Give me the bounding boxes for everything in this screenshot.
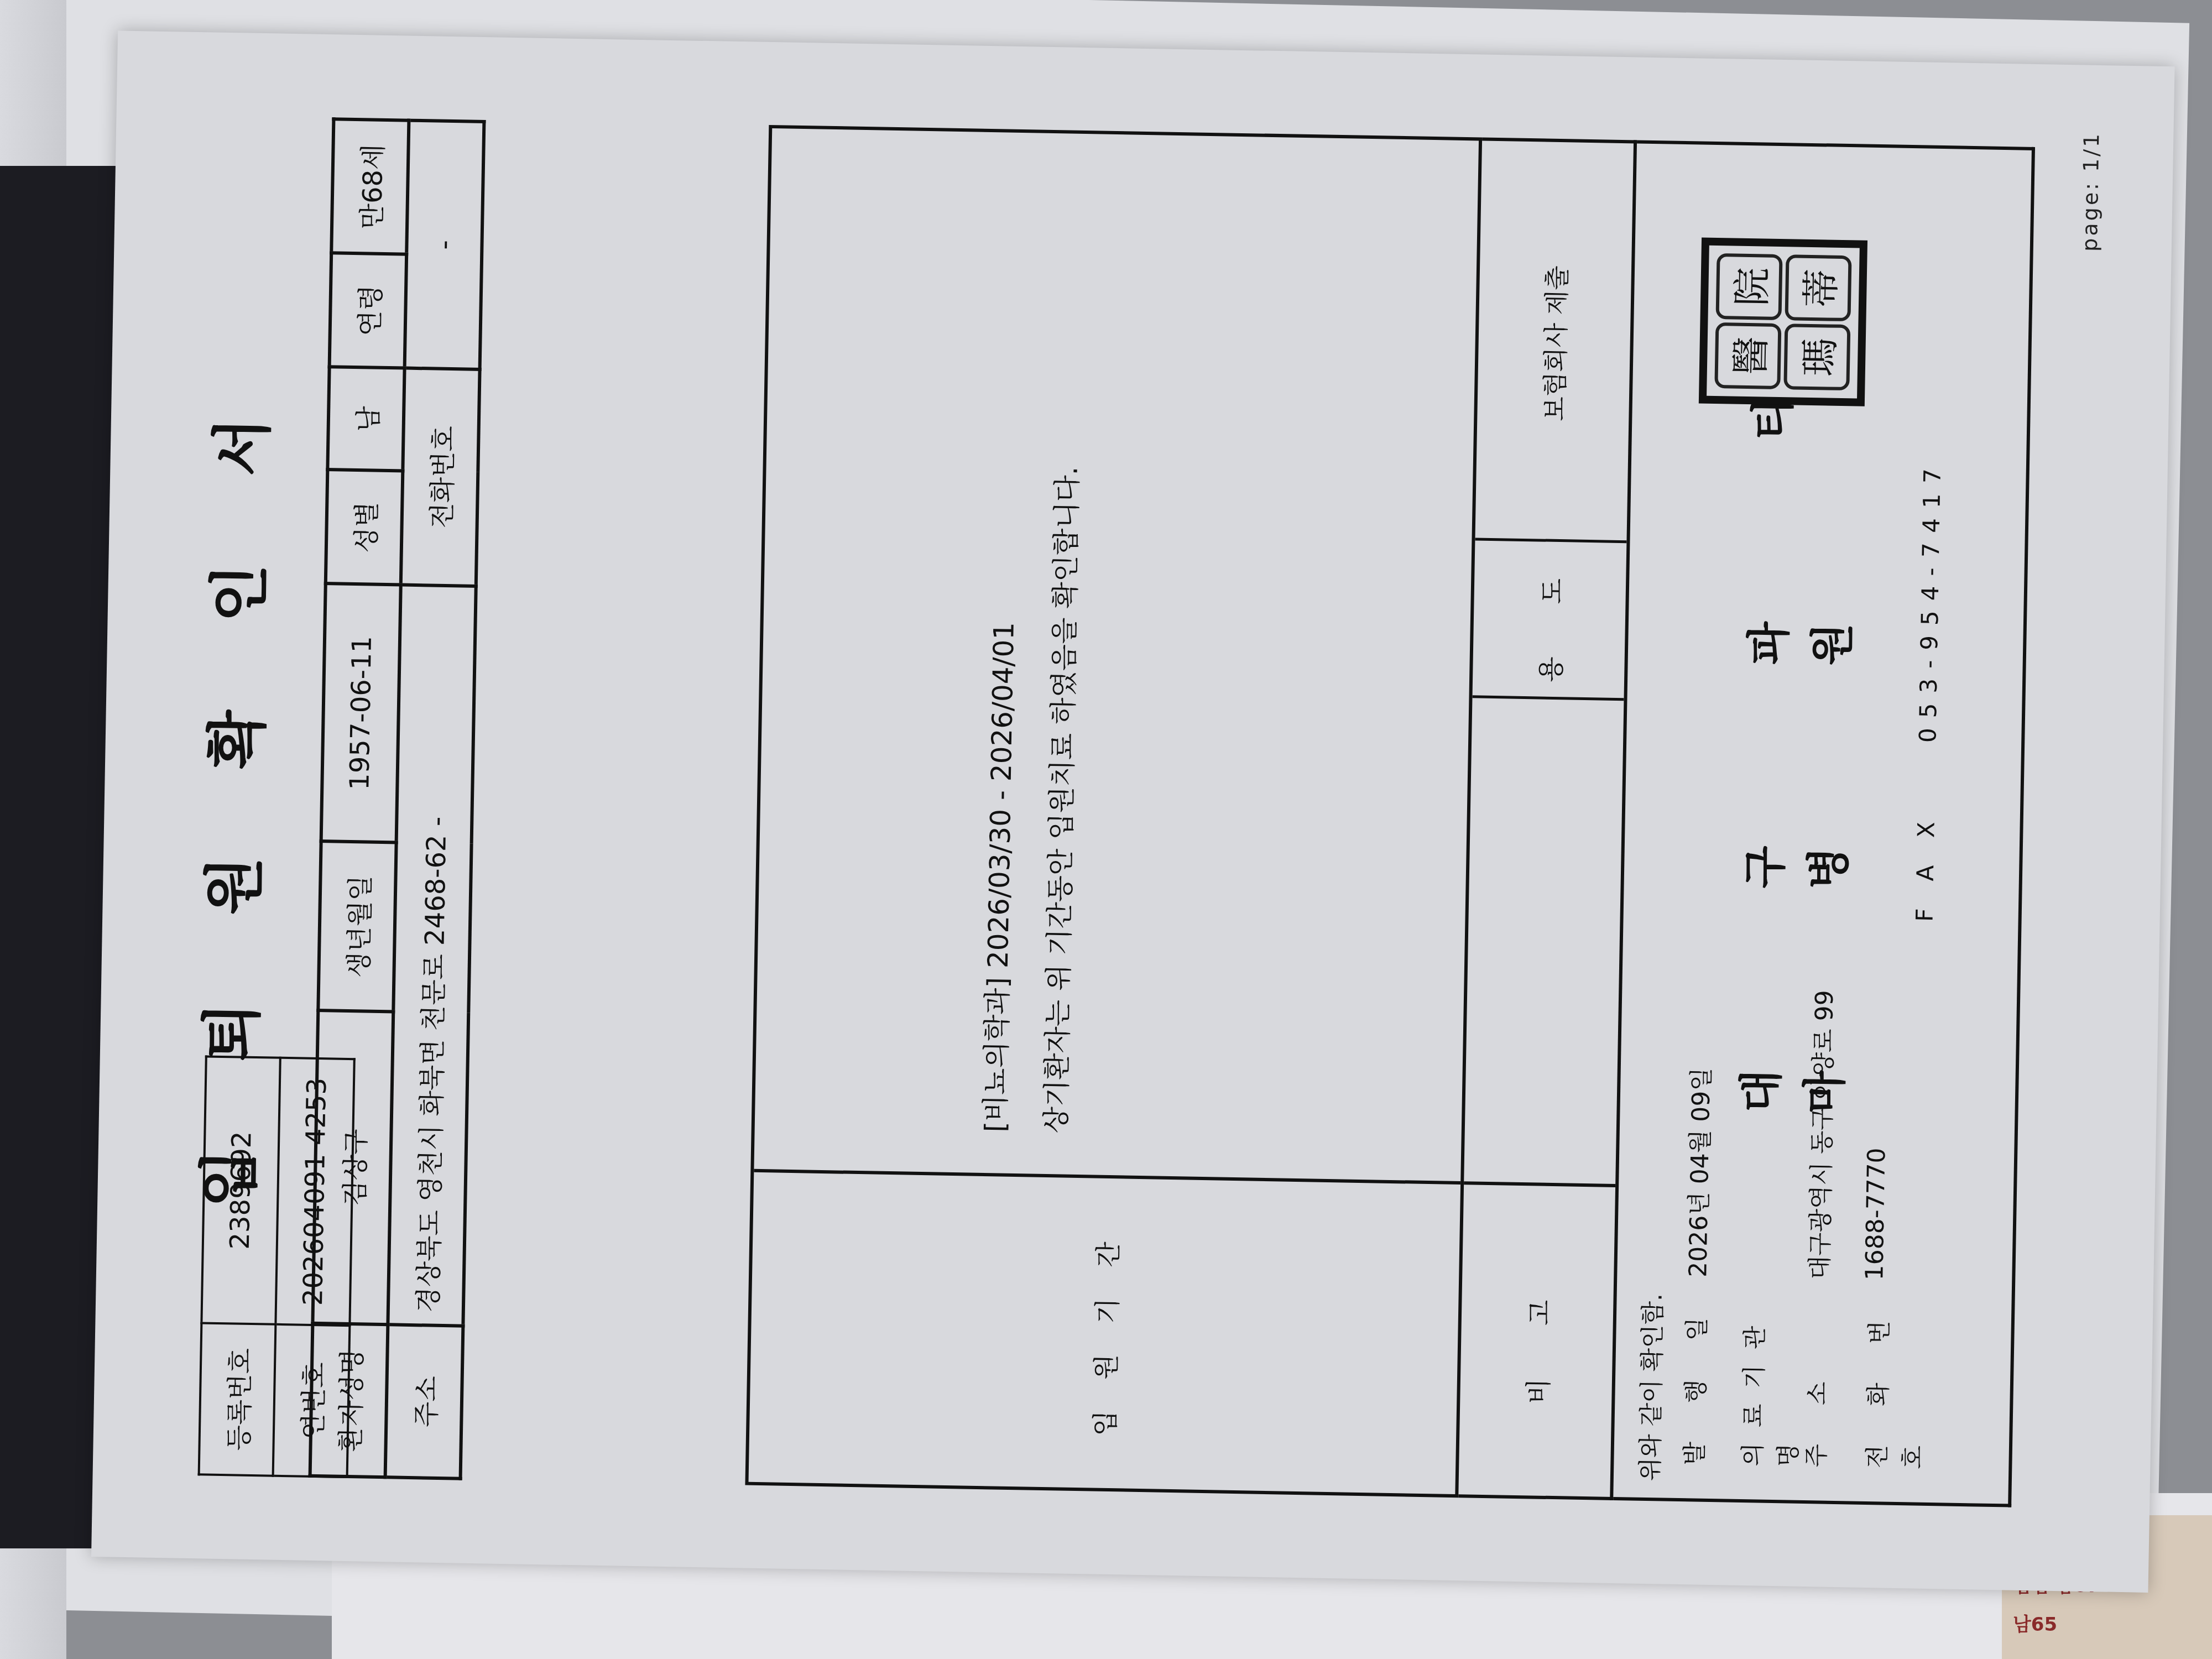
institution-label: 의료기관명 <box>1733 1300 1806 1467</box>
dob-label: 생년월일 <box>318 841 396 1011</box>
issue-date-row: 발 행 일 2026년 04월 09일 <box>1674 1067 1717 1465</box>
page-number: page: 1/1 <box>2078 131 2104 252</box>
phone-value: - <box>405 121 484 369</box>
patient-info-table: 환자성명 김상구 생년월일 1957-06-11 성별 남 연령 만68세 주소… <box>309 117 486 1480</box>
purpose-value: 보험회사 제출 <box>1475 141 1634 546</box>
phone-label: 전화번호 <box>401 368 480 586</box>
issue-date-label: 발 행 일 <box>1674 1299 1713 1465</box>
admission-period-section: 입 원 기 간 [비뇨의학과] 2026/03/30 - 2026/04/01 … <box>745 125 1482 1498</box>
sex-value: 남 <box>327 367 404 471</box>
admission-period-label: 입 원 기 간 <box>749 1169 1461 1494</box>
admission-period-content: [비뇨의학과] 2026/03/30 - 2026/04/01 상기환자는 위 … <box>965 465 1098 1134</box>
remarks-label: 비 고 <box>1458 1181 1615 1497</box>
admission-statement: 상기환자는 위 기간동안 입원치료 하였음을 확인합니다. <box>1026 466 1098 1134</box>
document-sheet: 입 퇴 원 확 인 서 등록번호 2389692 연번호 202604091 4… <box>91 30 2175 1593</box>
age-value: 만68세 <box>331 119 409 254</box>
issuer-phone-label: 전 화 번 호 <box>1857 1302 1931 1469</box>
seal-char: 蒂 <box>1785 254 1851 321</box>
issuer-section: 위와 같이 확인함. 발 행 일 2026년 04월 09일 의료기관명 대 구… <box>1613 140 2035 1507</box>
issuer-phone-value: 1688-7770 <box>1860 1147 1933 1281</box>
institution-row: 의료기관명 <box>1733 1300 1806 1467</box>
confirm-text: 위와 같이 확인함. <box>1630 1293 1669 1481</box>
issue-date-value: 2026년 04월 09일 <box>1678 1067 1717 1277</box>
patient-name-label: 환자성명 <box>310 1323 388 1477</box>
purpose-label: 용 도 <box>1472 538 1626 701</box>
address-value: 경상북도 영천시 화북면 천문로 2468-62 - <box>388 585 476 1326</box>
patient-name-value: 김상구 <box>312 1010 393 1324</box>
age-label: 연령 <box>330 253 407 368</box>
seal-char: 院 <box>1716 253 1783 320</box>
fax-line: F A X 053-954-7417 <box>1911 458 1947 922</box>
fax-label: F A X <box>1911 812 1940 922</box>
issuer-address-value: 대구광역시 동구 아양로 99 <box>1799 990 1840 1280</box>
issuer-address-label: 주 소 <box>1796 1301 1834 1468</box>
fax-value: 053-954-7417 <box>1914 458 1946 743</box>
department-period: [비뇨의학과] 2026/03/30 - 2026/04/01 <box>965 465 1037 1133</box>
seal-char: 瑪 <box>1783 324 1850 390</box>
remarks-section: 비 고 용 도 보험회사 제출 <box>1458 138 1637 1501</box>
registration-no-value: 2389692 <box>201 1056 280 1324</box>
issuer-phone-row: 전 화 번 호 1688-7770 <box>1857 1147 1933 1469</box>
address-label: 주소 <box>385 1324 463 1478</box>
seal-char: 醫 <box>1714 322 1781 389</box>
sex-label: 성별 <box>326 469 403 585</box>
registration-no-label: 등록번호 <box>199 1323 276 1475</box>
newsprint-text: 남65 <box>2013 1609 2057 1636</box>
hospital-seal-stamp: 醫 院 瑪 蒂 <box>1699 237 1867 406</box>
issuer-address-row: 주 소 대구광역시 동구 아양로 99 <box>1796 990 1840 1468</box>
dob-value: 1957-06-11 <box>321 583 401 842</box>
